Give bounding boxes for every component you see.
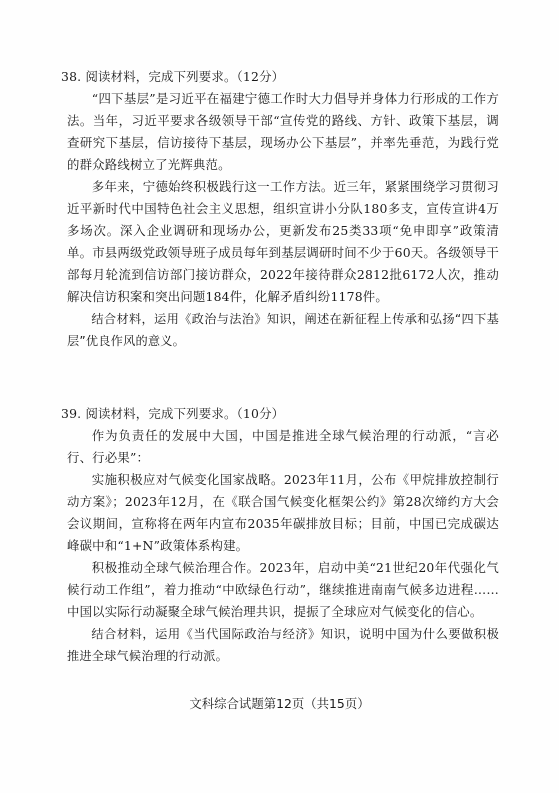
question-39-material-paragraph-3: 积极推动全球气候治理合作。2023年，启动中美“21世纪20年代强化气候行动工作… <box>67 557 499 623</box>
question-39-title: 39. 阅读材料，完成下列要求。（10分） <box>67 403 499 425</box>
exam-page: 38. 阅读材料，完成下列要求。（12分） “四下基层”是习近平在福建宁德工作时… <box>0 0 559 793</box>
question-39-prompt: 结合材料，运用《当代国际政治与经济》知识，说明中国为什么要做积极推进全球气候治理… <box>67 623 499 667</box>
question-39: 39. 阅读材料，完成下列要求。（10分） 作为负责任的发展中大国，中国是推进全… <box>67 403 499 667</box>
question-38-material-paragraph-1: “四下基层”是习近平在福建宁德工作时大力倡导并身体力行形成的工作方法。当年，习近… <box>67 88 499 176</box>
page-footer: 文科综合试题第12页（共15页） <box>0 694 559 712</box>
question-38-title: 38. 阅读材料，完成下列要求。（12分） <box>67 66 499 88</box>
question-38-prompt: 结合材料，运用《政治与法治》知识，阐述在新征程上传承和弘扬“四下基层”优良作风的… <box>67 308 499 352</box>
question-39-material-paragraph-2: 实施积极应对气候变化国家战略。2023年11月，公布《甲烷排放控制行动方案》；2… <box>67 469 499 557</box>
question-38: 38. 阅读材料，完成下列要求。（12分） “四下基层”是习近平在福建宁德工作时… <box>67 66 499 352</box>
question-38-material-paragraph-2: 多年来，宁德始终积极践行这一工作方法。近三年，紧紧围绕学习贯彻习近平新时代中国特… <box>67 176 499 308</box>
question-39-material-paragraph-1: 作为负责任的发展中大国，中国是推进全球气候治理的行动派，“言必行、行必果”： <box>67 425 499 469</box>
